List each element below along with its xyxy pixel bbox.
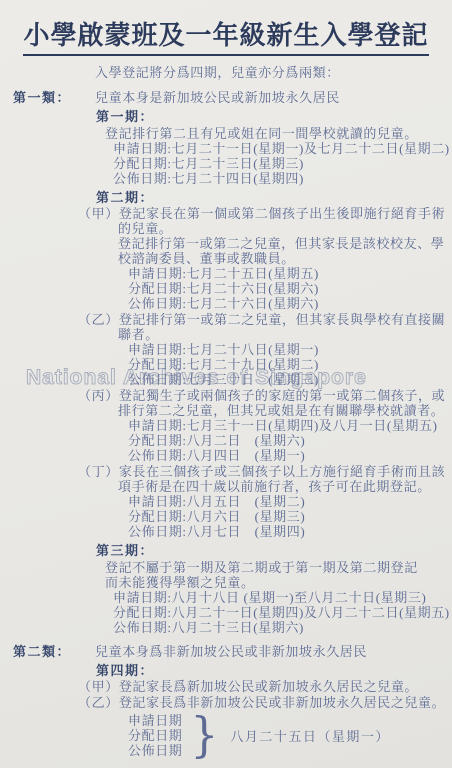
date-label: 公佈日期 bbox=[128, 743, 182, 758]
date-label: 分配日期: bbox=[113, 605, 172, 620]
date-row: 申請日期:七月三十一日(星期四)及八月一日(星期五) bbox=[0, 418, 452, 433]
date-row: 分配日期:七月二十九日(星期二) bbox=[0, 357, 452, 372]
phase-heading: 第四期： bbox=[0, 663, 452, 678]
date-value: 八月二十三日(星期六) bbox=[172, 620, 304, 635]
continuation-line: 登記排行第一或第二之兒童，但其家長是該校校友、學 bbox=[0, 236, 452, 251]
document-content: 小學啟蒙班及一年級新生入學登記 入學登記將分爲四期，兒童亦分爲兩類： 第一類：兒… bbox=[0, 0, 452, 758]
description-line: 登記不屬于第一期及第二期或于第一期及第二期登記 bbox=[0, 560, 452, 575]
phase-heading: 第三期： bbox=[0, 543, 452, 558]
date-label: 公佈日期: bbox=[128, 372, 187, 387]
subitem-row: （丁）家長在三個孩子或三個孩子以上方施行絕育手術而且該 bbox=[0, 464, 452, 479]
date-row: 申請日期:七月二十一日(星期一)及七月二十二日(星期二) bbox=[0, 141, 452, 156]
date-row: 申請日期:七月二十八日(星期一) bbox=[0, 342, 452, 357]
date-value: 七月二十九日(星期二) bbox=[187, 357, 319, 372]
date-value: 八月五日 (星期二) bbox=[187, 494, 306, 509]
date-value: 七月二十一日(星期一)及七月二十二日(星期二) bbox=[172, 141, 450, 156]
continuation-line: 排行第二之兒童，但其兄或姐是在有關聯學校就讀者。 bbox=[0, 403, 452, 418]
category-label: 第二類： bbox=[13, 644, 95, 659]
date-value: 七月二十六日(星期六) bbox=[187, 296, 319, 311]
date-label: 公佈日期: bbox=[128, 524, 187, 539]
subitem-row: （乙）登記家長爲非新加坡公民或非新加坡永久居民之兒童。 bbox=[0, 695, 452, 710]
date-label: 分配日期: bbox=[128, 357, 187, 372]
subitem-marker: （丁） bbox=[78, 464, 119, 479]
category-text: 兒童本身爲非新加坡公民或非新加坡永久居民 bbox=[95, 644, 367, 659]
subitem-text: 登記家長爲新加坡公民或新加坡永久居民之兒童。 bbox=[119, 679, 418, 694]
date-value: 八月十八日 (星期一)至八月二十日(星期三) bbox=[172, 590, 427, 605]
date-label: 分配日期 bbox=[128, 728, 182, 743]
page-title: 小學啟蒙班及一年級新生入學登記 bbox=[23, 15, 428, 56]
date-row: 公佈日期:七月二十六日(星期六) bbox=[0, 296, 452, 311]
date-value: 七月二十三日(星期三) bbox=[172, 156, 304, 171]
date-row: 申請日期:八月十八日 (星期一)至八月二十日(星期三) bbox=[0, 590, 452, 605]
date-label: 公佈日期: bbox=[128, 448, 187, 463]
category-row: 第一類：兒童本身是新加坡公民或新加坡永久居民 bbox=[0, 90, 452, 105]
date-row: 分配日期:八月二十一日(星期四)及八月二十二日(星期五) bbox=[0, 605, 452, 620]
subitem-text: 登記排行第一或第二之兒童，但其家長與學校有直接關 bbox=[119, 312, 445, 327]
date-value: 七月三十一日(星期四)及八月一日(星期五) bbox=[187, 418, 438, 433]
date-label: 申請日期: bbox=[128, 342, 187, 357]
phase-heading: 第二期： bbox=[0, 190, 452, 205]
intro-line: 入學登記將分爲四期，兒童亦分爲兩類： bbox=[0, 65, 452, 80]
continuation-line: 聯者。 bbox=[0, 327, 452, 342]
date-value: 七月二十八日(星期一) bbox=[187, 342, 319, 357]
combined-date-group: 申請日期 分配日期 公佈日期 } 八月二十五日（星期一） bbox=[0, 713, 452, 758]
date-value: 七月二十五日(星期五) bbox=[187, 266, 319, 281]
title-block: 小學啟蒙班及一年級新生入學登記 bbox=[0, 0, 452, 56]
date-label: 申請日期: bbox=[128, 266, 187, 281]
continuation-line: 的兒童。 bbox=[0, 221, 452, 236]
subitem-marker: （丙） bbox=[78, 388, 119, 403]
continuation-line: 項手術是在四十歲以前施行者，孩子可在此期登記。 bbox=[0, 479, 452, 494]
description-line: 而未能獲得學額之兒童。 bbox=[0, 575, 452, 590]
date-value: 七月二十六日(星期六) bbox=[187, 281, 319, 296]
subitem-row: （甲）登記家長爲新加坡公民或新加坡永久居民之兒童。 bbox=[0, 679, 452, 694]
date-value: 八月六日 (星期三) bbox=[187, 509, 306, 524]
subitem-marker: （乙） bbox=[78, 312, 119, 327]
category-row: 第二類：兒童本身爲非新加坡公民或非新加坡永久居民 bbox=[0, 644, 452, 659]
subitem-marker: （甲） bbox=[78, 679, 119, 694]
subitem-row: （甲）登記家長在第一個或第二個孩子出生後即施行絕育手術 bbox=[0, 206, 452, 221]
date-row: 申請日期:八月五日 (星期二) bbox=[0, 494, 452, 509]
date-label: 申請日期: bbox=[128, 494, 187, 509]
date-label: 申請日期: bbox=[113, 141, 172, 156]
combined-date-labels: 申請日期 分配日期 公佈日期 bbox=[128, 713, 182, 758]
subitem-row: （丙）登記獨生子或兩個孩子的家庭的第一或第二個孩子，或 bbox=[0, 388, 452, 403]
date-label: 分配日期: bbox=[128, 281, 187, 296]
date-row: 分配日期:八月二日 (星期六) bbox=[0, 433, 452, 448]
date-row: 分配日期:七月二十六日(星期六) bbox=[0, 281, 452, 296]
date-row: 公佈日期:七月二十四日(星期四) bbox=[0, 171, 452, 186]
subitem-text: 登記家長爲非新加坡公民或非新加坡永久居民之兒童。 bbox=[119, 695, 445, 710]
date-row: 公佈日期:七月三十日 (星期三) bbox=[0, 372, 452, 387]
date-label: 申請日期 bbox=[128, 713, 182, 728]
subitem-marker: （乙） bbox=[78, 695, 119, 710]
date-row: 公佈日期:八月七日 (星期四) bbox=[0, 524, 452, 539]
date-row: 公佈日期:八月二十三日(星期六) bbox=[0, 620, 452, 635]
combined-date-value: 八月二十五日（星期一） bbox=[230, 726, 390, 745]
date-label: 分配日期: bbox=[113, 156, 172, 171]
subitem-text: 登記獨生子或兩個孩子的家庭的第一或第二個孩子，或 bbox=[119, 388, 445, 403]
subitem-text: 登記家長在第一個或第二個孩子出生後即施行絕育手術 bbox=[119, 206, 445, 221]
date-row: 分配日期:七月二十三日(星期三) bbox=[0, 156, 452, 171]
date-row: 申請日期:七月二十五日(星期五) bbox=[0, 266, 452, 281]
curly-brace-glyph: } bbox=[190, 712, 218, 760]
date-value: 七月二十四日(星期四) bbox=[172, 171, 304, 186]
date-row: 分配日期:八月六日 (星期三) bbox=[0, 509, 452, 524]
date-label: 公佈日期: bbox=[113, 620, 172, 635]
description-line: 登記排行第二且有兄或姐在同一間學校就讀的兒童。 bbox=[0, 126, 452, 141]
date-label: 分配日期: bbox=[128, 509, 187, 524]
category-text: 兒童本身是新加坡公民或新加坡永久居民 bbox=[95, 90, 340, 105]
date-label: 公佈日期: bbox=[128, 296, 187, 311]
date-value: 七月三十日 (星期三) bbox=[187, 372, 319, 387]
phase-heading: 第一期： bbox=[0, 109, 452, 124]
date-value: 八月四日 (星期一) bbox=[187, 448, 306, 463]
date-label: 公佈日期: bbox=[113, 171, 172, 186]
continuation-line: 校諮詢委員、董事或教職員。 bbox=[0, 251, 452, 266]
date-label: 分配日期: bbox=[128, 433, 187, 448]
category-label: 第一類： bbox=[13, 90, 95, 105]
document-body: 第一類：兒童本身是新加坡公民或新加坡永久居民第一期：登記排行第二且有兄或姐在同一… bbox=[0, 90, 452, 710]
date-value: 八月二日 (星期六) bbox=[187, 433, 306, 448]
date-value: 八月七日 (星期四) bbox=[187, 524, 306, 539]
date-label: 申請日期: bbox=[113, 590, 172, 605]
document-page: National Archives of Singapore 小學啟蒙班及一年級… bbox=[0, 0, 452, 768]
date-label: 申請日期: bbox=[128, 418, 187, 433]
date-value: 八月二十一日(星期四)及八月二十二日(星期五) bbox=[172, 605, 450, 620]
subitem-row: （乙）登記排行第一或第二之兒童，但其家長與學校有直接關 bbox=[0, 312, 452, 327]
subitem-text: 家長在三個孩子或三個孩子以上方施行絕育手術而且該 bbox=[119, 464, 445, 479]
subitem-marker: （甲） bbox=[78, 206, 119, 221]
date-row: 公佈日期:八月四日 (星期一) bbox=[0, 448, 452, 463]
